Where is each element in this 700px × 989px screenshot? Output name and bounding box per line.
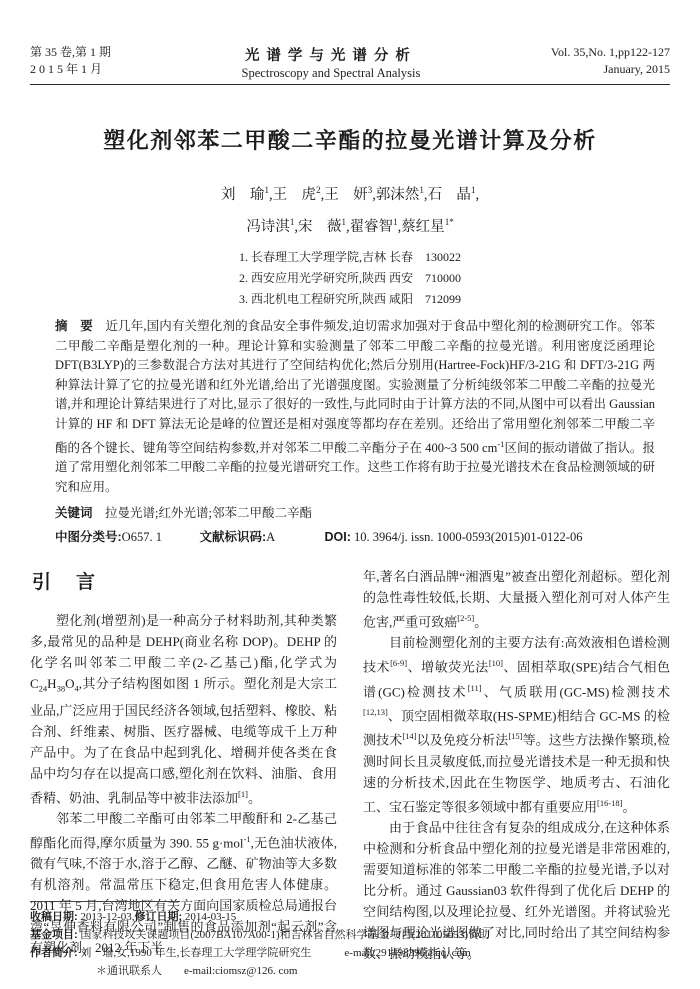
header-divider — [30, 84, 670, 85]
author-line-2: 冯诗淇1,宋 薇1,翟睿智1,蔡红星1* — [0, 209, 700, 241]
footnote-divider — [30, 901, 180, 902]
abstract: 摘 要 近几年,国内有关塑化剂的食品安全事件频发,迫切需求加强对于食品中塑化剂的… — [55, 317, 655, 498]
affiliation-line: 3. 西北机电工程研究所,陕西 咸阳 712099 — [239, 289, 461, 310]
volume-issue-block: 第 35 卷,第 1 期 2 0 1 5 年 1 月 — [30, 44, 111, 78]
right-paragraph-2: 目前检测塑化剂的主要方法有:高效液相色谱检测技术[6-9]、增敏荧光法[10]、… — [363, 632, 670, 817]
volume-pages-en: Vol. 35,No. 1,pp122-127 — [551, 44, 670, 61]
journal-name-en: Spectroscopy and Spectral Analysis — [111, 66, 551, 81]
keywords-line: 关键词 拉曼光谱;红外光谱;邻苯二甲酸二辛酯 — [55, 503, 655, 521]
issue-date-cn: 2 0 1 5 年 1 月 — [30, 61, 111, 78]
abstract-label: 摘 要 — [55, 319, 93, 333]
author-list: 刘 瑜1,王 虎2,王 妍3,郭沫然1,石 晶1, 冯诗淇1,宋 薇1,翟睿智1… — [0, 177, 700, 241]
author-line-1: 刘 瑜1,王 虎2,王 妍3,郭沫然1,石 晶1, — [0, 177, 700, 209]
paper-title: 塑化剂邻苯二甲酸二辛酯的拉曼光谱计算及分析 — [0, 124, 700, 155]
received-revised-dates: 收稿日期: 2013-12-03,修订日期: 2014-03-15 — [30, 908, 670, 926]
corresponding-author: ＊通讯联系人 e-mail:ciomsz@126. com — [96, 962, 670, 980]
affiliation-list: 1. 长春理工大学理学院,吉林 长春 1300222. 西安应用光学研究所,陕西… — [239, 247, 461, 310]
funding-info: 基金项目: 国家科技攻关课题项目(2007BA107A00-1)和吉林省自然科学… — [30, 926, 670, 944]
abstract-text: 近几年,国内有关塑化剂的食品安全事件频发,迫切需求加强对于食品中塑化剂的检测研究… — [55, 319, 655, 494]
journal-name-block: 光谱学与光谱分析 Spectroscopy and Spectral Analy… — [111, 44, 551, 81]
volume-info-en-block: Vol. 35,No. 1,pp122-127 January, 2015 — [551, 44, 670, 78]
right-paragraph-1: 年,著名白酒品牌“湘酒鬼”被查出塑化剂超标。塑化剂的急性毒性较低,长期、大量摄入… — [363, 566, 670, 632]
journal-name-cn: 光谱学与光谱分析 — [111, 44, 551, 65]
affiliations: 1. 长春理工大学理学院,吉林 长春 1300222. 西安应用光学研究所,陕西… — [0, 247, 700, 310]
introduction-heading: 引 言 — [32, 572, 337, 593]
issue-date-en: January, 2015 — [551, 61, 670, 78]
author-bio: 作者简介: 刘 瑜,女,1990 年生,长春理工大学理学院研究生 e-mail:… — [30, 944, 670, 962]
paper-page: 第 35 卷,第 1 期 2 0 1 5 年 1 月 光谱学与光谱分析 Spec… — [0, 0, 700, 989]
journal-header: 第 35 卷,第 1 期 2 0 1 5 年 1 月 光谱学与光谱分析 Spec… — [30, 44, 670, 81]
affiliation-line: 2. 西安应用光学研究所,陕西 西安 710000 — [239, 268, 461, 289]
affiliation-line: 1. 长春理工大学理学院,吉林 长春 130022 — [239, 247, 461, 268]
footnote-block: 收稿日期: 2013-12-03,修订日期: 2014-03-15 基金项目: … — [30, 901, 670, 980]
volume-issue: 第 35 卷,第 1 期 — [30, 44, 111, 61]
intro-paragraph-1: 塑化剂(增塑剂)是一种高分子材料助剂,其种类繁多,最常见的品种是 DEHP(商业… — [30, 610, 337, 808]
classification-doi-line: 中图分类号:O657. 1 文献标识码:A DOI: 10. 3964/j. i… — [55, 527, 655, 545]
